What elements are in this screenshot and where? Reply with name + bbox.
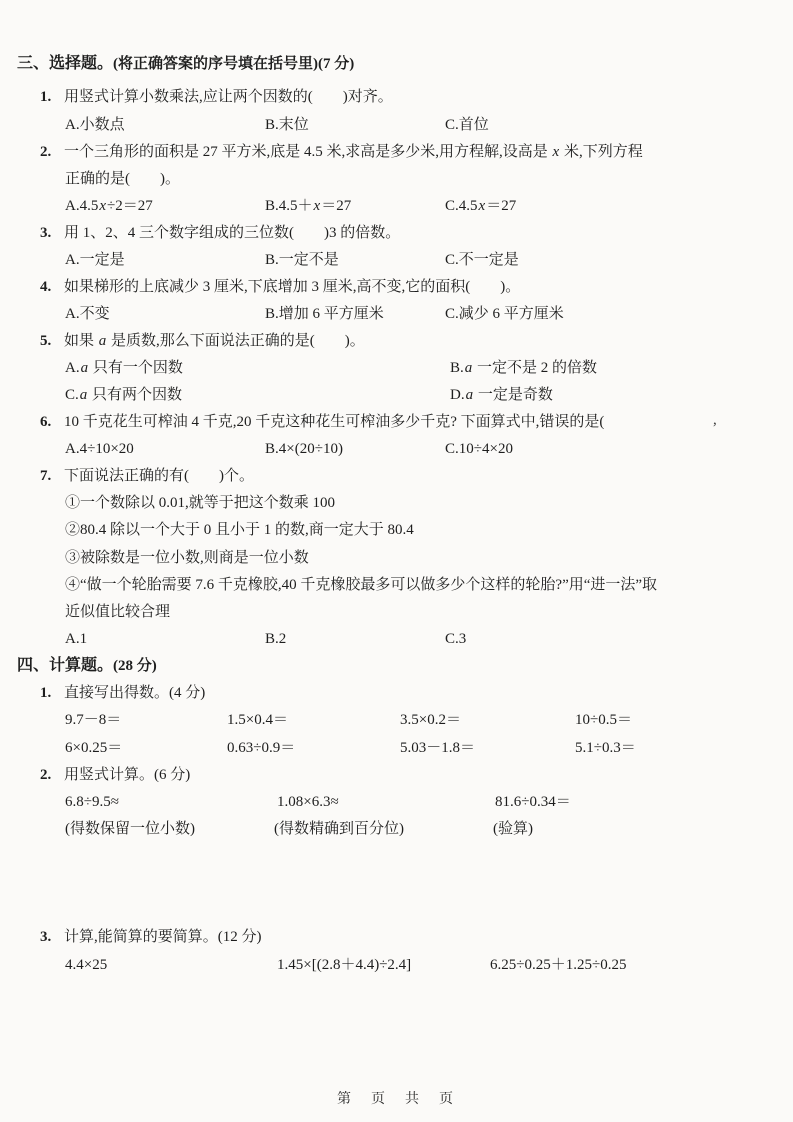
calc-1-expression-1: 9.7－8＝: [65, 709, 121, 731]
option-b-prefix: B.: [450, 360, 464, 376]
question-7-item-1: ①一个数除以 0.01,就等于把这个数乘 100: [65, 492, 335, 514]
calc-2-expression-1: 6.8÷9.5≈: [65, 791, 119, 813]
question-5-option-c: C.a 只有两个因数: [65, 384, 182, 406]
calc-2-expression-2: 1.08×6.3≈: [277, 791, 339, 813]
question-2-text-part1: 一个三角形的面积是 27 平方米,底是 4.5 米,求高是多少米,用方程解,设高…: [64, 144, 552, 160]
calc-1-expression-5: 6×0.25＝: [65, 737, 122, 759]
question-6-text: 10 千克花生可榨油 4 千克,20 千克这种花生可榨油多少千克? 下面算式中,…: [64, 411, 604, 433]
option-b-prefix: B.4.5＋: [265, 198, 313, 214]
page-footer: 第 页 共 页: [0, 1088, 793, 1108]
question-3-option-c: C.不一定是: [445, 249, 519, 271]
question-4-number: 4.: [40, 276, 51, 298]
option-c-suffix: ＝27: [486, 198, 516, 214]
calc-3-expression-1: 4.4×25: [65, 954, 107, 976]
option-a-variable-x: x: [98, 198, 107, 214]
section-choice-note: (将正确答案的序号填在括号里)(7 分): [113, 56, 354, 72]
option-d-suffix: 一定是奇数: [474, 387, 553, 403]
option-c-prefix: C.4.5: [445, 198, 478, 214]
option-c-prefix: C.: [65, 387, 79, 403]
calc-3-title: 计算,能简算的要简算。(12 分): [64, 926, 262, 948]
calc-2-note-2: (得数精确到百分位): [274, 818, 404, 840]
question-2-text-line1: 一个三角形的面积是 27 平方米,底是 4.5 米,求高是多少米,用方程解,设高…: [64, 141, 643, 163]
question-2-number: 2.: [40, 141, 51, 163]
calc-1-expression-6: 0.63÷0.9＝: [227, 737, 295, 759]
calc-1-expression-2: 1.5×0.4＝: [227, 709, 288, 731]
calc-1-expression-7: 5.03－1.8＝: [400, 737, 475, 759]
question-1-number: 1.: [40, 86, 51, 108]
option-a-suffix: ÷2＝27: [107, 198, 153, 214]
question-6-option-b: B.4×(20÷10): [265, 438, 343, 460]
option-b-variable: a: [464, 360, 474, 376]
section-calc-title: 四、计算题。: [17, 657, 113, 674]
question-7-item-2: ②80.4 除以一个大于 0 且小于 1 的数,商一定大于 80.4: [65, 519, 414, 541]
question-1-text: 用竖式计算小数乘法,应让两个因数的( )对齐。: [64, 86, 393, 108]
question-3-text: 用 1、2、4 三个数字组成的三位数( )3 的倍数。: [64, 222, 400, 244]
question-7-option-c: C.3: [445, 628, 466, 650]
question-2-option-a: A.4.5x÷2＝27: [65, 195, 153, 217]
question-1-option-a: A.小数点: [65, 114, 125, 136]
calc-2-number: 2.: [40, 764, 51, 786]
option-a-suffix: 只有一个因数: [89, 360, 183, 376]
question-4-text: 如果梯形的上底减少 3 厘米,下底增加 3 厘米,高不变,它的面积( )。: [64, 276, 520, 298]
question-4-option-a: A.不变: [65, 303, 110, 325]
option-a-variable: a: [80, 360, 90, 376]
question-2-option-c: C.4.5x＝27: [445, 195, 516, 217]
question-6-option-c: C.10÷4×20: [445, 438, 513, 460]
question-5-text-part1: 如果: [64, 333, 98, 349]
question-7-item-3: ③被除数是一位小数,则商是一位小数: [65, 547, 309, 569]
question-5-option-d: D.a 一定是奇数: [450, 384, 553, 406]
question-1-option-c: C.首位: [445, 114, 489, 136]
option-c-variable: a: [79, 387, 89, 403]
question-7-text: 下面说法正确的有( )个。: [64, 465, 254, 487]
question-5-text-part2: 是质数,那么下面说法正确的是( )。: [107, 333, 365, 349]
section-choice-title: 三、选择题。: [17, 55, 113, 72]
calc-3-expression-2: 1.45×[(2.8＋4.4)÷2.4]: [277, 954, 411, 976]
calc-2-note-3: (验算): [493, 818, 533, 840]
option-c-suffix: 只有两个因数: [88, 387, 182, 403]
question-6-option-a: A.4÷10×20: [65, 438, 134, 460]
question-3-option-b: B.一定不是: [265, 249, 339, 271]
question-4-option-c: C.减少 6 平方厘米: [445, 303, 564, 325]
section-choice-heading: 三、选择题。(将正确答案的序号填在括号里)(7 分): [17, 53, 354, 75]
calc-1-expression-3: 3.5×0.2＝: [400, 709, 461, 731]
question-7-item-4-line2: 近似值比较合理: [65, 601, 170, 623]
calc-2-note-1: (得数保留一位小数): [65, 818, 195, 840]
question-5-number: 5.: [40, 330, 51, 352]
section-calc-heading: 四、计算题。(28 分): [17, 655, 157, 677]
calc-1-expression-8: 5.1÷0.3＝: [575, 737, 636, 759]
question-4-option-b: B.增加 6 平方厘米: [265, 303, 384, 325]
option-c-variable-x: x: [478, 198, 487, 214]
question-5-text: 如果 a 是质数,那么下面说法正确的是( )。: [64, 330, 365, 352]
question-7-option-b: B.2: [265, 628, 286, 650]
calc-2-title: 用竖式计算。(6 分): [64, 764, 190, 786]
exam-paper-page: 三、选择题。(将正确答案的序号填在括号里)(7 分) 1. 用竖式计算小数乘法,…: [0, 0, 793, 1122]
question-1-option-b: B.末位: [265, 114, 309, 136]
question-5-option-b: B.a 一定不是 2 的倍数: [450, 357, 597, 379]
question-7-item-4-line1: ④“做一个轮胎需要 7.6 千克橡胶,40 千克橡胶最多可以做多少个这样的轮胎?…: [65, 574, 657, 596]
question-7-number: 7.: [40, 465, 51, 487]
calc-1-expression-4: 10÷0.5＝: [575, 709, 632, 731]
question-6-number: 6.: [40, 411, 51, 433]
question-2-text-part2: 米,下列方程: [560, 144, 643, 160]
option-d-variable: a: [465, 387, 475, 403]
question-3-option-a: A.一定是: [65, 249, 125, 271]
question-3-number: 3.: [40, 222, 51, 244]
calc-3-expression-3: 6.25÷0.25＋1.25÷0.25: [490, 954, 626, 976]
question-2-text-line2: 正确的是( )。: [65, 168, 180, 190]
option-b-suffix: 一定不是 2 的倍数: [473, 360, 597, 376]
calc-2-expression-3: 81.6÷0.34＝: [495, 791, 571, 813]
calc-3-number: 3.: [40, 926, 51, 948]
option-a-prefix: A.: [65, 360, 80, 376]
section-calc-note: (28 分): [113, 658, 157, 674]
option-d-prefix: D.: [450, 387, 465, 403]
calc-1-title: 直接写出得数。(4 分): [64, 682, 205, 704]
question-2-variable-x: x: [552, 144, 561, 160]
question-5-variable-a: a: [98, 333, 108, 349]
question-7-option-a: A.1: [65, 628, 87, 650]
calc-1-number: 1.: [40, 682, 51, 704]
question-6-stray-mark: ,: [713, 409, 717, 431]
option-b-variable-x: x: [313, 198, 322, 214]
question-2-option-b: B.4.5＋x＝27: [265, 195, 351, 217]
option-b-suffix: ＝27: [321, 198, 351, 214]
question-5-option-a: A.a 只有一个因数: [65, 357, 183, 379]
option-a-prefix: A.4.5: [65, 198, 98, 214]
